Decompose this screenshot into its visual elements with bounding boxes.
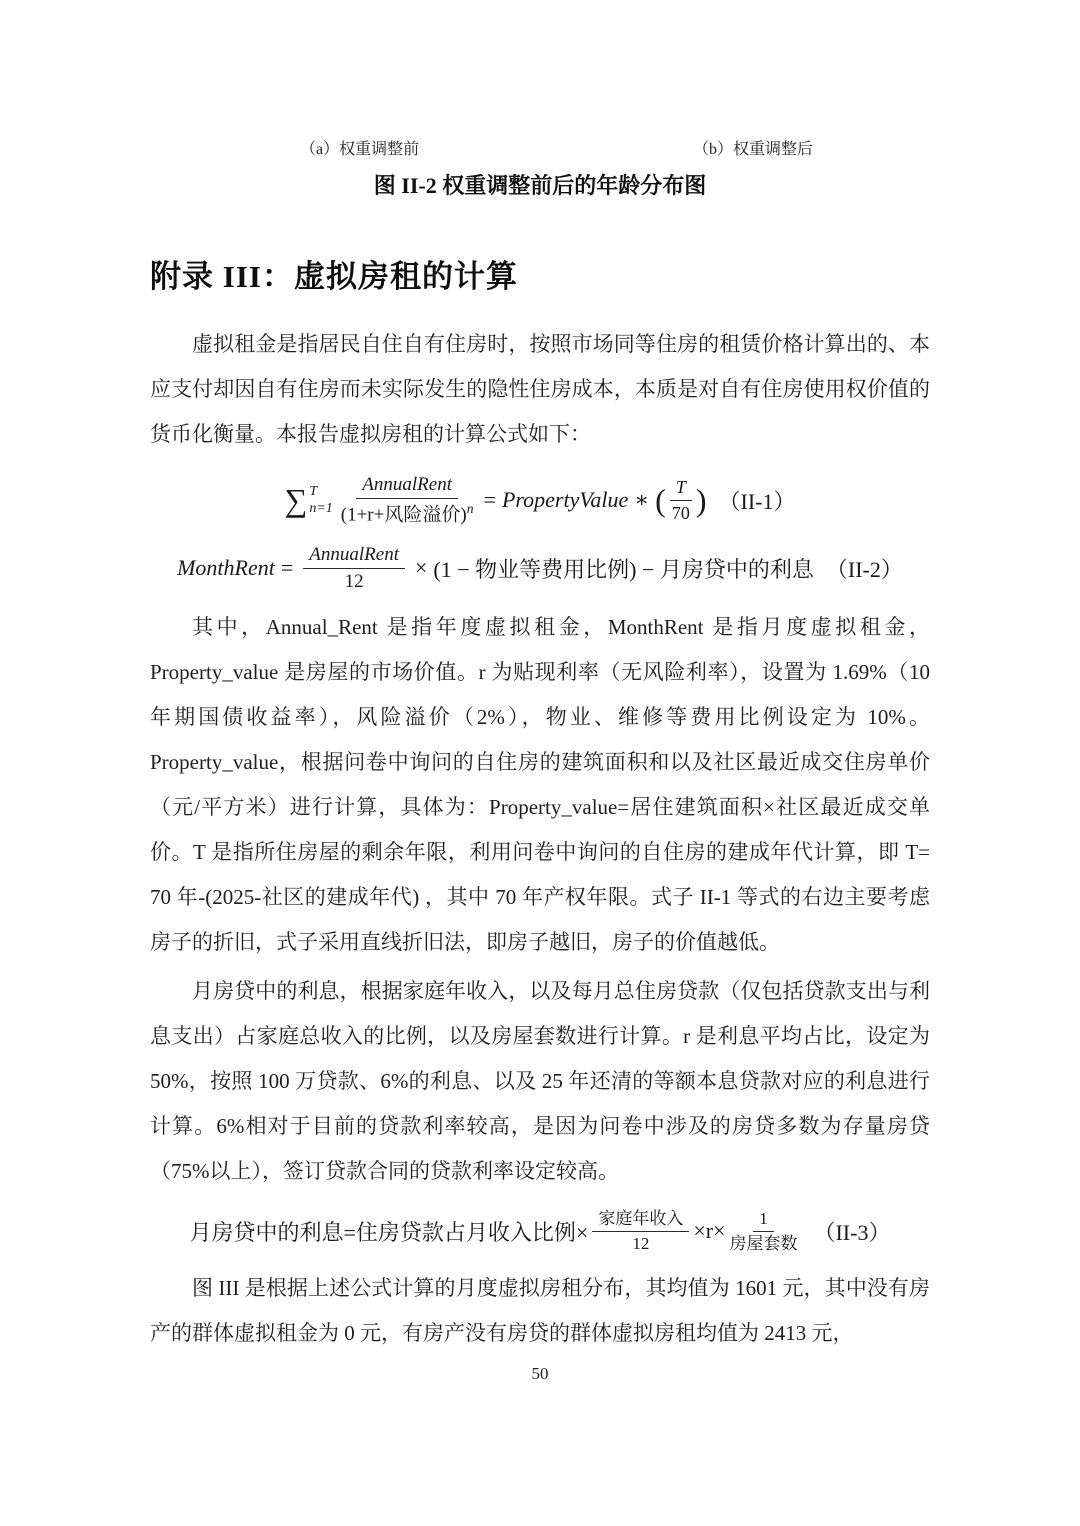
fraction-annual-rent: AnnualRent (1+r+风险溢价)n	[341, 473, 474, 527]
fraction-numerator: T	[670, 476, 692, 501]
summation-limits: T n=1	[309, 483, 332, 518]
equation-tag: （II-3）	[813, 1216, 890, 1247]
fraction-income-over-12: 家庭年收入 12	[592, 1208, 689, 1254]
summation-operator: ∑ T n=1	[285, 483, 333, 518]
fraction-denominator: 70	[672, 501, 690, 525]
page-number: 50	[150, 1364, 930, 1384]
formula-II-2: MonthRent = AnnualRent 12 × (1 − 物业等费用比例…	[150, 539, 930, 597]
left-paren: (	[655, 484, 666, 516]
asterisk-operator: ∗	[634, 487, 649, 513]
section-heading: 附录 III：虚拟房租的计算	[150, 256, 930, 298]
equation-tag: （II-1）	[719, 485, 796, 516]
formula-II-1: ∑ T n=1 AnnualRent (1+r+风险溢价)n = Propert…	[150, 469, 930, 531]
page-content: （a）权重调整前 （b）权重调整后 图 II-2 权重调整前后的年龄分布图 附录…	[150, 0, 930, 1384]
fee-and-interest-terms: (1 − 物业等费用比例) − 月房贷中的利息	[433, 553, 813, 584]
figure-sublabels-row: （a）权重调整前 （b）权重调整后	[150, 136, 930, 158]
multiply-sign: ×	[415, 555, 427, 581]
sigma-symbol: ∑	[285, 484, 308, 516]
fraction-numerator: AnnualRent	[303, 543, 405, 569]
document-page: （a）权重调整前 （b）权重调整后 图 II-2 权重调整前后的年龄分布图 附录…	[0, 0, 1080, 1526]
paragraph-mortgage-interest: 月房贷中的利息，根据家庭年收入，以及每月总住房贷款（仅包括贷款支出与利息支出）占…	[150, 969, 930, 1194]
denominator-exponent: n	[467, 501, 474, 516]
fraction-numerator: AnnualRent	[356, 473, 458, 499]
denominator-base: (1+r+风险溢价)	[341, 504, 467, 525]
equals-sign: =	[281, 555, 293, 581]
summation-lower-limit: n=1	[309, 500, 332, 518]
fraction-t-over-70: T 70	[670, 476, 692, 524]
figure-label-b: （b）权重调整后	[693, 136, 813, 159]
fraction-numerator: 家庭年收入	[592, 1208, 689, 1231]
fraction-denominator: 12	[345, 569, 364, 594]
month-rent-term: MonthRent	[177, 555, 275, 581]
property-value-term: PropertyValue	[502, 487, 628, 513]
summation-upper-limit: T	[309, 483, 332, 501]
right-paren: )	[696, 484, 707, 516]
figure-label-a: （a）权重调整前	[300, 136, 419, 159]
paragraph-variables-definition: 其中，Annual_Rent 是指年度虚拟租金，MonthRent 是指月度虚拟…	[150, 605, 930, 965]
formula-II-3: 月房贷中的利息=住房贷款占月收入比例× 家庭年收入 12 ×r× 1 房屋套数 …	[150, 1202, 930, 1260]
fraction-numerator: 1	[753, 1208, 774, 1231]
fraction-denominator: (1+r+风险溢价)n	[341, 499, 474, 527]
paragraph-distribution-result: 图 III 是根据上述公式计算的月度虚拟房租分布，其均值为 1601 元，其中没…	[150, 1266, 930, 1356]
paragraph-intro: 虚拟租金是指居民自住自有住房时，按照市场同等住房的租赁价格计算出的、本应支付却因…	[150, 322, 930, 457]
fraction-denominator: 12	[632, 1232, 649, 1254]
equation-tag: （II-2）	[826, 553, 903, 584]
times-r-times: ×r×	[693, 1218, 725, 1244]
fraction-one-over-units: 1 房屋套数	[729, 1208, 797, 1254]
equals-sign: =	[484, 487, 496, 513]
figure-caption: 图 II-2 权重调整前后的年龄分布图	[150, 172, 930, 200]
fraction-annual-rent-over-12: AnnualRent 12	[303, 543, 405, 594]
interest-lhs-term: 月房贷中的利息=住房贷款占月收入比例×	[190, 1216, 589, 1247]
fraction-denominator: 房屋套数	[729, 1232, 797, 1254]
